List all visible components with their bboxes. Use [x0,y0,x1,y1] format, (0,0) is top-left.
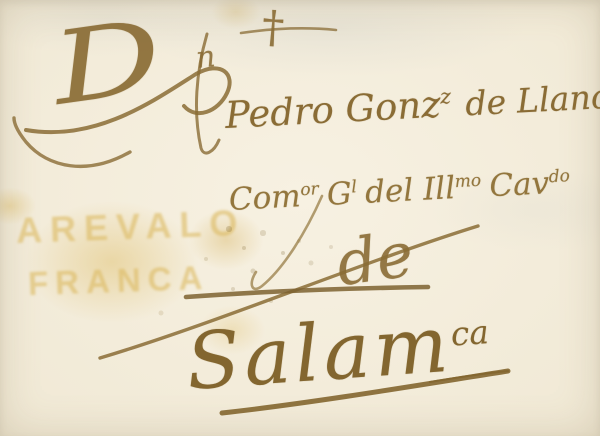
title-word-4: Cav [489,165,551,204]
cross-bar-stroke [241,28,336,33]
honorific-superscript: n [194,39,217,76]
title-sup-1: or [300,180,319,201]
postmark-town: AREVALO [15,202,246,252]
addressee-name-line: Pedro Gonzzde Llano: [224,73,600,137]
title-sup-2: l [351,178,357,198]
destination-city: Salam [184,300,455,408]
destination-city-line: Salamca [184,297,493,408]
addressee-surname: de Llano: [464,76,600,123]
title-word-3: del Ill [364,170,456,211]
title-word-2: G [326,176,353,213]
ink-speckles [0,0,2,2]
cross-mark-icon: † [260,1,286,53]
title-word-1: Com [228,178,302,218]
destination-city-superscript: ca [450,313,490,354]
destination-preposition: de [332,217,418,300]
title-sup-4: do [548,167,570,188]
addressee-name: Pedro Gonz [224,83,442,137]
addressee-title-line: ComorGldel IllmoCavdo [228,164,571,218]
letter-cover: AREVALO FRANCA † D n Pedro Gonzzde Llano… [0,0,600,436]
title-sup-3: mo [454,171,481,192]
honorific-initial: D [46,1,169,125]
postmark-franca: FRANCA [27,259,210,303]
addressee-name-superscript: z [440,85,452,110]
